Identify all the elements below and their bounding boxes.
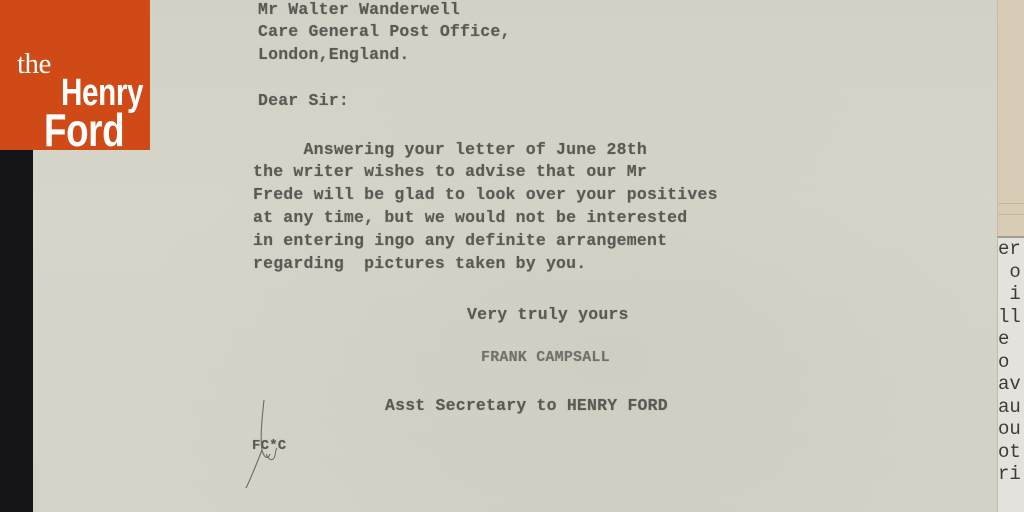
adjacent-page-fragment: au [998,398,1021,417]
body-line: the writer wishes to advise that our Mr [253,162,647,181]
body-line: in entering ingo any definite arrangemen… [253,231,667,250]
logo-the: the [17,48,51,81]
adjacent-page-fragment: o [998,263,1021,282]
signer-name: FRANK CAMPSALL [481,349,610,366]
henry-ford-logo[interactable]: the Henry Ford [0,0,150,150]
adjacent-page-fragment: i [998,285,1021,304]
adjacent-page-fragment: av [998,375,1021,394]
address-line: Care General Post Office, [258,22,511,41]
handwritten-initial-mark [244,398,284,490]
adjacent-page-fragment: o [998,353,1009,372]
body-line: regarding pictures taken by you. [253,254,586,273]
salutation: Dear Sir: [258,91,349,110]
signer-title: Asst Secretary to HENRY FORD [385,396,668,415]
adjacent-page-tan [997,0,1024,236]
address-line: London,England. [258,45,410,64]
closing: Very truly yours [467,305,629,324]
logo-ford: Ford [44,103,124,157]
adjacent-page-fragment: ou [998,420,1021,439]
adjacent-page-fragment: er [998,240,1021,259]
adjacent-page-fragment: ll [998,308,1021,327]
body-line: Answering your letter of June 28th [253,140,647,159]
adjacent-page-fragment: e [998,330,1009,349]
body-line: Frede will be glad to look over your pos… [253,185,718,204]
adjacent-page-fragment: ot [998,443,1021,462]
adjacent-page-fragment: ri [998,465,1021,484]
address-line: Mr Walter Wanderwell [258,0,460,19]
body-line: at any time, but we would not be interes… [253,208,687,227]
